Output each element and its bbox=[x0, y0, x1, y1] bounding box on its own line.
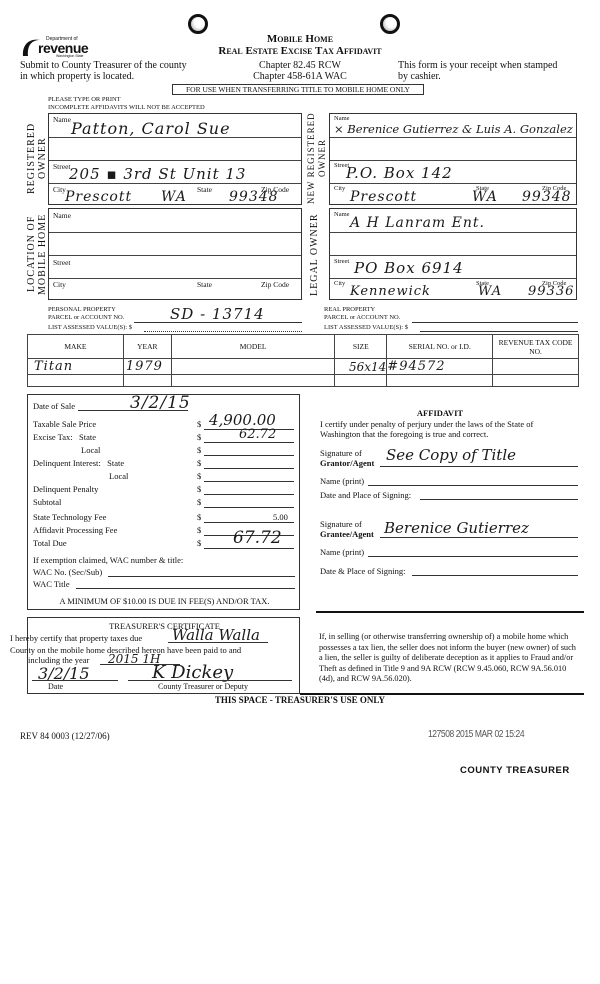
grantor-signature-line[interactable] bbox=[380, 466, 578, 467]
new-registered-owner-label: NEW REGISTERED OWNER bbox=[306, 112, 330, 204]
registered-owner-city[interactable]: Prescott bbox=[65, 189, 132, 205]
subtotal-row: Subtotal $ bbox=[33, 497, 295, 507]
receipt-note: This form is your receipt when stamped b… bbox=[398, 60, 557, 82]
grantee-name-field[interactable] bbox=[368, 556, 578, 557]
state-label: State bbox=[197, 186, 212, 194]
treasurer-certificate-box: TREASURER'S CERTIFICATE I hereby certify… bbox=[27, 617, 300, 694]
punch-hole-right bbox=[380, 14, 400, 34]
col-make: MAKE bbox=[28, 335, 124, 359]
wac-no-label: WAC No. (Sec/Sub) bbox=[33, 567, 102, 577]
col-tax-code: REVENUE TAX CODE NO. bbox=[493, 335, 579, 359]
registered-owner-street[interactable]: 205 ▪ 3rd St Unit 13 bbox=[69, 165, 246, 183]
cell-year[interactable]: 1979 bbox=[123, 359, 171, 375]
state-technology-fee-row: State Technology Fee $ 5.00 bbox=[33, 512, 295, 522]
new-owner-city[interactable]: Prescott bbox=[350, 189, 417, 205]
real-assessed-label: LIST ASSESSED VALUE(S): $ bbox=[324, 324, 408, 331]
delinquent-interest-local-row: Local $ bbox=[33, 471, 295, 481]
col-size: SIZE bbox=[335, 335, 387, 359]
grantee-sig-label: Signature of Grantee/Agent bbox=[320, 519, 374, 539]
delinquent-interest-state-row: Delinquent Interest: State $ bbox=[33, 458, 295, 468]
receipt-stamp: 127508 2015 MAR 02 15:24 bbox=[428, 729, 524, 740]
dor-logo: Department of Revenue Washington State bbox=[20, 36, 100, 58]
use-banner: FOR USE WHEN TRANSFERRING TITLE TO MOBIL… bbox=[172, 84, 424, 95]
grantee-signature[interactable]: Berenice Gutierrez bbox=[384, 519, 529, 537]
treasurer-use-banner: THIS SPACE - TREASURER'S USE ONLY bbox=[0, 695, 600, 705]
new-owner-state[interactable]: WA bbox=[472, 189, 498, 205]
treasurer-stamp: COUNTY TREASURER bbox=[460, 765, 570, 776]
state-technology-fee-value: 5.00 bbox=[273, 512, 288, 522]
total-due-row: Total Due $ 67.72 bbox=[33, 538, 295, 548]
legal-owner-city[interactable]: Kennewick bbox=[350, 284, 431, 299]
location-label: LOCATION OF MOBILE HOME bbox=[26, 210, 50, 298]
col-model: MODEL bbox=[171, 335, 335, 359]
cell-model[interactable] bbox=[171, 359, 335, 375]
grantor-signature[interactable]: See Copy of Title bbox=[386, 446, 516, 464]
title-line-1: Mobile Home bbox=[200, 33, 400, 45]
punch-hole-left bbox=[188, 14, 208, 34]
form-title: Mobile Home Real Estate Excise Tax Affid… bbox=[200, 33, 400, 57]
real-parcel-line[interactable] bbox=[412, 322, 578, 323]
table-row bbox=[28, 375, 579, 387]
grantor-sig-label: Signature of Grantor/Agent bbox=[320, 448, 374, 468]
personal-property-label: PERSONAL PROPERTY PARCEL or ACCOUNT NO. bbox=[48, 306, 124, 322]
real-assessed-line[interactable] bbox=[420, 331, 578, 332]
table-header-row: MAKE YEAR MODEL SIZE SERIAL NO. or I.D. … bbox=[28, 335, 579, 359]
registered-owner-state[interactable]: WA bbox=[161, 189, 187, 205]
street-label: Street bbox=[53, 163, 71, 171]
exemption-label: If exemption claimed, WAC number & title… bbox=[33, 555, 183, 565]
legal-owner-state[interactable]: WA bbox=[478, 284, 502, 299]
table-row: Titan 1979 56x14 #94572 bbox=[28, 359, 579, 375]
title-line-2: Real Estate Excise Tax Affidavit bbox=[200, 45, 400, 57]
wac-no-field[interactable] bbox=[108, 576, 295, 577]
city-label: City bbox=[53, 186, 66, 194]
lien-notice: If, in selling (or otherwise transferrin… bbox=[319, 632, 581, 685]
new-registered-owner-box: Name × Berenice Gutierrez & Luis A. Gonz… bbox=[329, 113, 577, 205]
total-due-value[interactable]: 67.72 bbox=[233, 528, 282, 548]
real-property-label: REAL PROPERTY PARCEL or ACCOUNT NO. bbox=[324, 306, 400, 322]
legal-owner-box: Name A H Lanram Ent. Street PO Box 6914 … bbox=[329, 208, 577, 300]
new-owner-zip[interactable]: 99348 bbox=[522, 189, 572, 205]
treasurer-cert-title: TREASURER'S CERTIFICATE bbox=[28, 621, 301, 631]
form-number: REV 84 0003 (12/27/06) bbox=[20, 731, 110, 741]
personal-assessed-label: LIST ASSESSED VALUE(S): $ bbox=[48, 324, 132, 331]
delinquent-penalty-row: Delinquent Penalty $ bbox=[33, 484, 295, 494]
mobile-home-table: MAKE YEAR MODEL SIZE SERIAL NO. or I.D. … bbox=[27, 334, 579, 387]
grantee-name-label: Name (print) bbox=[320, 547, 364, 557]
date-of-sale-value[interactable]: 3/2/15 bbox=[130, 393, 191, 413]
excise-tax-state-row: Excise Tax: State $ 62.72 bbox=[33, 432, 295, 442]
grantor-name-label: Name (print) bbox=[320, 476, 364, 486]
registered-owner-name[interactable]: Patton, Carol Sue bbox=[71, 119, 231, 138]
registered-owner-box: Name Patton, Carol Sue Street 205 ▪ 3rd … bbox=[48, 113, 302, 205]
legal-owner-street[interactable]: PO Box 6914 bbox=[354, 259, 464, 277]
cell-make[interactable]: Titan bbox=[28, 359, 124, 375]
wac-title-field[interactable] bbox=[76, 588, 295, 589]
location-box: Name Street City State Zip Code bbox=[48, 208, 302, 300]
grantor-date-label: Date and Place of Signing: bbox=[320, 490, 411, 500]
new-owner-name[interactable]: × Berenice Gutierrez & Luis A. Gonzalez bbox=[334, 122, 573, 136]
minimum-note: A MINIMUM OF $10.00 IS DUE IN FEE(S) AND… bbox=[28, 596, 301, 606]
grantor-date-field[interactable] bbox=[420, 499, 578, 500]
submit-note: Submit to County Treasurer of the county… bbox=[20, 60, 187, 82]
tax-calculation-box: Date of Sale 3/2/15 Taxable Sale Price $… bbox=[27, 394, 300, 610]
new-owner-street[interactable]: P.O. Box 142 bbox=[346, 164, 453, 182]
affidavit-text: I certify under penalty of perjury under… bbox=[320, 419, 552, 439]
name-label: Name bbox=[53, 116, 71, 124]
grantee-signature-line[interactable] bbox=[380, 537, 578, 538]
grantee-date-field[interactable] bbox=[412, 575, 578, 576]
wac-title-label: WAC Title bbox=[33, 579, 70, 589]
cell-size[interactable]: 56x14 bbox=[335, 359, 387, 375]
legal-owner-zip[interactable]: 99336 bbox=[528, 284, 574, 299]
grantor-name-field[interactable] bbox=[368, 485, 578, 486]
date-of-sale-label: Date of Sale bbox=[33, 401, 75, 411]
treasurer-county[interactable]: Walla Walla bbox=[172, 626, 260, 644]
logo-state: Washington State bbox=[56, 54, 84, 58]
col-serial: SERIAL NO. or I.D. bbox=[387, 335, 493, 359]
registered-owner-zip[interactable]: 99348 bbox=[229, 189, 279, 205]
legal-owner-label: LEGAL OWNER bbox=[309, 210, 325, 300]
cell-serial[interactable]: #94572 bbox=[387, 359, 493, 375]
instructions: PLEASE TYPE OR PRINT INCOMPLETE AFFIDAVI… bbox=[48, 96, 205, 112]
personal-parcel-value[interactable]: SD - 13714 bbox=[170, 305, 265, 323]
legal-owner-name[interactable]: A H Lanram Ent. bbox=[350, 215, 485, 231]
col-year: YEAR bbox=[123, 335, 171, 359]
grantee-date-label: Date & Place of Signing: bbox=[320, 566, 405, 576]
cell-tax-code[interactable] bbox=[493, 359, 579, 375]
personal-assessed-line[interactable] bbox=[144, 331, 302, 332]
chapter-refs: Chapter 82.45 RCW Chapter 458-61A WAC bbox=[225, 60, 375, 82]
treasurer-date-label: Date bbox=[48, 682, 63, 691]
excise-tax-local-row: Local $ bbox=[33, 445, 295, 455]
treasurer-signer-label: County Treasurer or Deputy bbox=[158, 682, 248, 691]
affidavit-divider bbox=[316, 611, 584, 613]
affidavit-title: AFFIDAVIT bbox=[300, 408, 580, 418]
registered-owner-label: REGISTERED OWNER bbox=[26, 114, 50, 202]
excise-tax-state-value[interactable]: 62.72 bbox=[239, 427, 276, 442]
